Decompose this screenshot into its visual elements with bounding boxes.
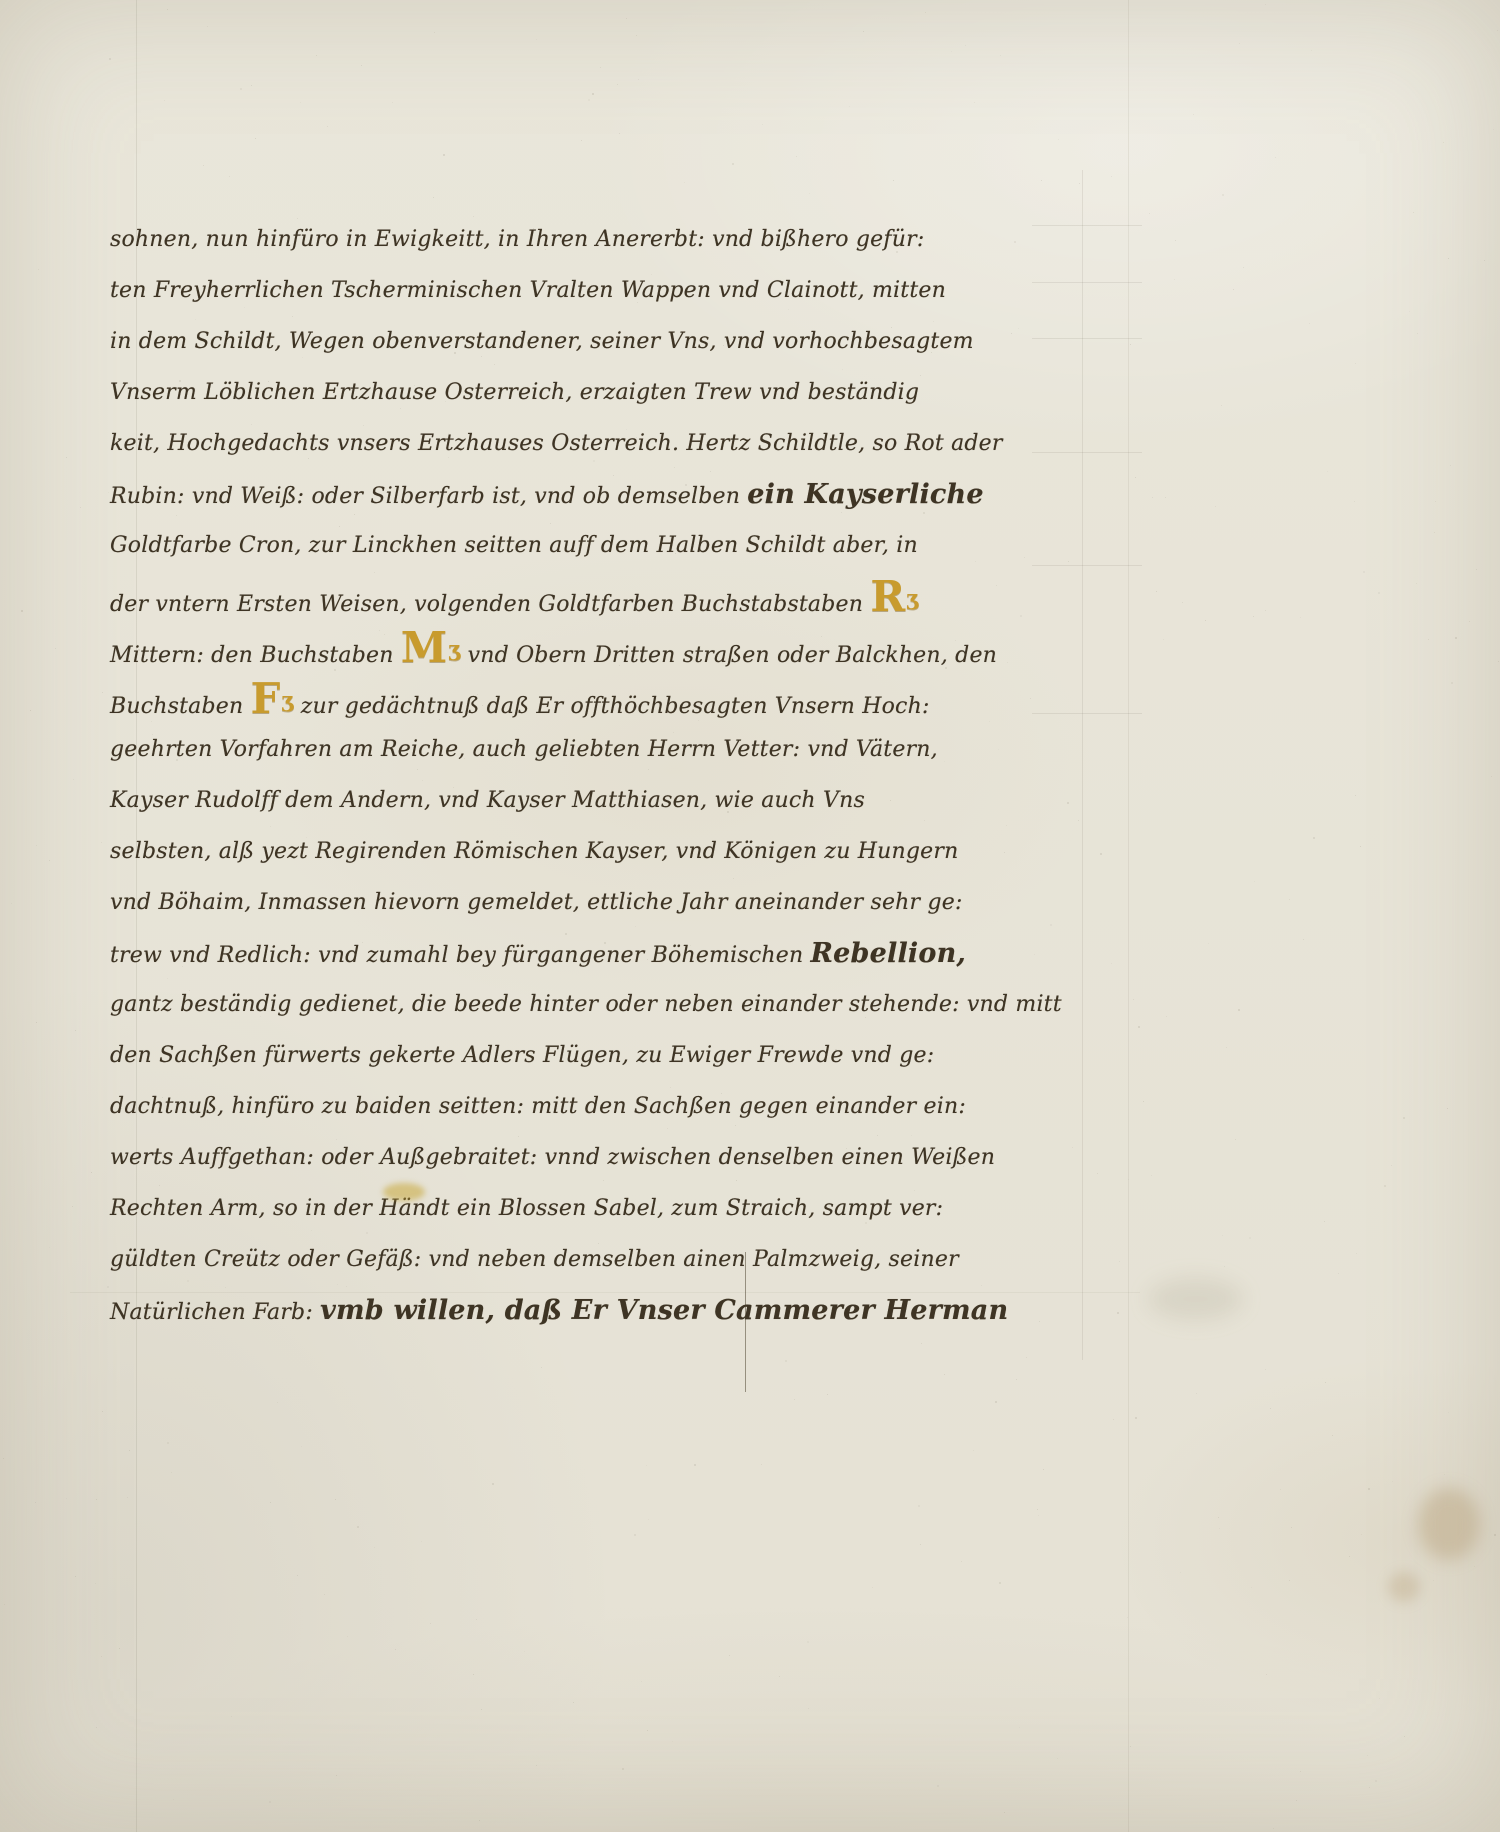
parchment-speck [1493,129,1494,130]
parchment-speck [1219,1528,1220,1529]
manuscript-line: den Sachßen fürwerts gekerte Adlers Flüg… [110,1030,1085,1081]
manuscript-text-segment: vmb willen, daß Er Vnser Cammerer Herman [320,1295,1008,1326]
parchment-speck [1205,620,1206,621]
manuscript-text-segment: in dem Schildt, Wegen obenverstandener, … [110,329,974,354]
parchment-speck [1215,506,1216,507]
parchment-speck [961,1161,962,1162]
parchment-speck [91,1172,92,1173]
parchment-speck [270,1502,271,1503]
parchment-speck [974,102,975,103]
parchment-speck [863,31,864,32]
parchment-speck [613,475,614,476]
parchment-speck [1300,617,1301,618]
parchment-speck [667,1128,668,1129]
parchment-speck [1300,1771,1301,1772]
parchment-speck [1127,1617,1128,1618]
parchment-speck [732,163,734,165]
parchment-speck [1451,682,1453,684]
parchment-speck [647,1730,648,1731]
parchment-speck [477,694,478,695]
parchment-speck [593,460,595,462]
parchment-speck [1384,1185,1386,1187]
parchment-speck [592,93,594,95]
parchment-speck [289,241,290,242]
parchment-speck [1253,616,1254,617]
parchment-speck [914,1190,915,1191]
parchment-speck [80,507,81,508]
parchment-speck [109,58,111,60]
parchment-speck [167,978,168,979]
parchment-speck [306,837,307,838]
parchment-speck [1239,43,1240,44]
parchment-speck [473,1674,474,1675]
parchment-speck [478,296,479,297]
parchment-speck [1119,1261,1120,1262]
parchment-speck [518,1136,519,1137]
parchment-speck [1208,943,1209,944]
parchment-speck [1156,591,1157,592]
parchment-speck [1375,1780,1377,1782]
parchment-speck [921,1343,922,1344]
parchment-speck [73,779,74,780]
parchment-speck [865,1017,866,1018]
parchment-speck [229,176,230,177]
parchment-speck [588,99,590,101]
parchment-speck [297,1575,298,1576]
parchment-speck [164,100,165,101]
parchment-speck [1265,1369,1266,1370]
parchment-speck [301,1446,302,1447]
manuscript-line: Rechten Arm, so in der Händt ein Blossen… [110,1183,1085,1234]
parchment-speck [324,1594,325,1595]
parchment-speck [1019,1727,1020,1728]
parchment-speck [366,1232,368,1234]
parchment-speck [1249,1237,1251,1239]
parchment-speck [1097,1173,1098,1174]
parchment-speck [1163,639,1164,640]
parchment-speck [524,1651,525,1652]
parchment-speck [893,180,894,181]
parchment-speck [336,1775,337,1776]
parchment-speck [865,1222,867,1224]
ruling-line-vertical-right-outer [1128,0,1129,1832]
parchment-speck [430,1623,431,1624]
parchment-speck [101,842,102,843]
parchment-speck [1235,1139,1236,1140]
parchment-speck [1128,1179,1129,1180]
manuscript-line: Rubin: vnd Weiß: oder Silberfarb ist, vn… [110,469,1085,520]
parchment-speck [400,408,401,409]
parchment-speck [1497,30,1498,31]
parchment-speck [931,352,932,353]
parchment-speck [347,1636,348,1637]
parchment-speck [1143,1101,1144,1102]
parchment-speck [1356,1253,1357,1254]
parchment-speck [1182,602,1183,603]
parchment-speck [512,658,513,659]
parchment-speck [49,860,50,861]
stain-brown-large [1418,1488,1480,1560]
stain-gray-smudge [1148,1278,1243,1320]
parchment-speck [1224,1266,1225,1267]
parchment-speck [392,102,393,103]
parchment-speck [1367,1755,1368,1756]
parchment-speck [1034,954,1035,955]
parchment-speck [1494,1534,1496,1536]
parchment-speck [167,9,168,10]
parchment-speck [1020,615,1022,617]
manuscript-text-segment: Natürlichen Farb: [110,1300,320,1325]
manuscript-line: gantz beständig gedienet, die beede hint… [110,979,1085,1030]
parchment-speck [1413,212,1414,213]
parchment-speck [482,705,483,706]
parchment-speck [641,1681,642,1682]
parchment-speck [1041,180,1042,181]
parchment-speck [311,1230,312,1231]
parchment-speck [1113,1419,1114,1420]
parchment-speck [55,648,56,649]
parchment-speck [690,945,691,946]
parchment-speck [965,45,966,46]
parchment-speck [443,154,445,156]
parchment-speck [1130,1746,1131,1747]
parchment-speck [1448,258,1449,259]
parchment-speck [195,319,196,320]
parchment-speck [152,734,153,735]
parchment-speck [762,124,763,125]
parchment-speck [998,749,999,750]
parchment-speck [11,903,12,904]
parchment-speck [1409,311,1410,312]
parchment-speck [636,35,637,36]
parchment-speck [651,274,652,275]
parchment-speck [1030,698,1031,699]
parchment-speck [268,381,269,382]
parchment-speck [384,634,385,635]
parchment-speck [433,197,434,198]
parchment-speck [598,1243,599,1244]
parchment-speck [637,302,638,303]
parchment-speck [685,484,687,486]
parchment-speck [1324,1221,1325,1222]
parchment-speck [995,1401,997,1403]
parchment-speck [354,514,355,515]
parchment-speck [492,1483,494,1485]
parchment-speck [955,640,956,641]
parchment-speck [494,364,495,365]
parchment-speck [102,692,103,693]
parchment-speck [101,1656,102,1657]
parchment-speck [1007,662,1008,663]
parchment-speck [736,1180,737,1181]
parchment-speck [1417,333,1418,334]
manuscript-line: Natürlichen Farb: vmb willen, daß Er Vns… [110,1285,1085,1336]
parchment-speck [108,492,109,493]
parchment-speck [426,999,427,1000]
manuscript-line: keit, Hochgedachts vnsers Ertzhauses Ost… [110,418,1085,469]
parchment-speck [1296,1800,1297,1801]
parchment-speck [1166,1016,1167,1017]
parchment-speck [394,1253,395,1254]
gold-abbreviation-mark: ʒ [448,636,460,661]
parchment-speck [779,1676,780,1677]
parchment-speck [4,1604,5,1605]
manuscript-text-segment: gantz beständig gedienet, die beede hint… [110,992,1062,1017]
parchment-speck [1404,1736,1405,1737]
parchment-speck [944,761,945,762]
parchment-speck [335,1499,336,1500]
manuscript-line: werts Auffgethan: oder Außgebraitet: vnn… [110,1132,1085,1183]
manuscript-text-block: sohnen, nun hinfüro in Ewigkeitt, in Ihr… [110,214,1085,1336]
parchment-speck [327,801,328,802]
parchment-speck [626,429,627,430]
parchment-speck [1369,1787,1370,1788]
parchment-speck [918,1505,920,1507]
parchment-speck [251,85,252,86]
parchment-speck [1221,405,1222,406]
parchment-speck [379,630,380,631]
parchment-speck [362,942,363,943]
parchment-speck [890,800,891,801]
parchment-speck [1180,1572,1181,1573]
parchment-speck [619,133,620,134]
parchment-speck [1078,820,1079,821]
parchment-speck [1218,1517,1219,1518]
parchment-speck [636,437,637,438]
parchment-speck [411,703,412,704]
parchment-speck [448,433,449,434]
gold-abbreviation-mark: ʒ [281,687,293,712]
parchment-speck [1434,532,1435,533]
parchment-speck [1491,776,1492,777]
parchment-speck [1175,240,1176,241]
parchment-speck [231,1716,232,1717]
parchment-speck [945,667,947,669]
parchment-speck [138,649,140,651]
parchment-speck [635,926,636,927]
parchment-speck [167,1442,169,1444]
parchment-speck [893,228,894,229]
parchment-speck [1428,639,1429,640]
parchment-speck [960,1163,961,1164]
parchment-speck [1058,139,1059,140]
parchment-speck [1265,4,1266,5]
manuscript-line: sohnen, nun hinfüro in Ewigkeitt, in Ihr… [110,214,1085,265]
parchment-speck [1363,571,1365,573]
manuscript-line: güldten Creütz oder Gefäß: vnd neben dem… [110,1234,1085,1285]
parchment-speck [121,1108,122,1109]
parchment-speck [346,1286,347,1287]
manuscript-text-segment: Vnserm Löblichen Ertzhause Osterreich, e… [110,380,919,405]
parchment-speck [975,561,976,562]
parchment-speck [835,1049,837,1051]
manuscript-line: selbsten, alß yezt Regirenden Römischen … [110,826,1085,877]
parchment-speck [674,467,675,468]
parchment-speck [414,385,415,386]
parchment-speck [300,951,302,953]
parchment-speck [102,1411,103,1412]
parchment-speck [761,1464,762,1465]
parchment-speck [1193,114,1194,115]
parchment-speck [1111,963,1112,964]
parchment-speck [1270,1408,1271,1409]
parchment-speck [891,327,892,328]
parchment-speck [432,1003,433,1004]
parchment-speck [796,156,797,157]
parchment-speck [1072,1147,1073,1148]
parchment-speck [619,665,620,666]
parchment-speck [264,440,265,441]
parchment-speck [647,959,648,960]
manuscript-page: sohnen, nun hinfüro in Ewigkeitt, in Ihr… [0,0,1500,1832]
parchment-speck [454,352,456,354]
parchment-speck [1368,1488,1370,1490]
parchment-speck [277,659,279,661]
parchment-speck [911,1135,912,1136]
parchment-speck [96,1727,97,1728]
parchment-speck [684,182,685,183]
parchment-speck [464,758,465,759]
stain-brown-small [1388,1572,1420,1602]
manuscript-text-segment: selbsten, alß yezt Regirenden Römischen … [110,839,958,864]
parchment-speck [581,140,582,141]
parchment-speck [1280,1489,1281,1490]
manuscript-line: Vnserm Löblichen Ertzhause Osterreich, e… [110,367,1085,418]
gold-abbreviation-mark: ʒ [906,585,918,610]
parchment-speck [1067,802,1069,804]
parchment-speck [1174,279,1175,280]
parchment-speck [35,1502,36,1503]
parchment-speck [159,1185,160,1186]
manuscript-text-segment: werts Auffgethan: oder Außgebraitet: vnn… [110,1145,995,1170]
parchment-speck [1355,363,1356,364]
parchment-speck [973,1450,974,1451]
parchment-speck [565,933,567,935]
parchment-speck [327,126,328,127]
parchment-speck [536,1765,537,1766]
parchment-speck [1133,999,1134,1000]
parchment-speck [727,811,729,813]
parchment-speck [944,1374,945,1375]
parchment-speck [171,1472,172,1473]
manuscript-line: geehrten Vorfahren am Reiche, auch gelie… [110,724,1085,775]
parchment-speck [841,512,842,513]
parchment-speck [416,803,417,804]
parchment-speck [675,553,676,554]
parchment-speck [127,1497,128,1498]
parchment-speck [568,244,569,245]
stain-yellow-wax [383,1183,425,1201]
parchment-speck [412,335,413,336]
parchment-speck [920,1544,921,1545]
parchment-speck [1135,1417,1137,1419]
parchment-speck [794,1399,795,1400]
parchment-speck [1443,142,1444,143]
parchment-speck [1265,610,1266,611]
parchment-speck [1014,241,1016,243]
parchment-speck [1309,323,1310,324]
parchment-speck [337,1284,338,1285]
parchment-speck [937,1785,939,1787]
parchment-speck [648,1519,649,1520]
parchment-speck [1450,465,1451,466]
parchment-speck [1254,881,1255,882]
manuscript-line: vnd Böhaim, Inmassen hievorn gemeldet, e… [110,877,1085,928]
parchment-speck [300,102,301,103]
parchment-speck [600,67,601,68]
parchment-speck [573,1702,574,1703]
parchment-speck [1349,1556,1350,1557]
parchment-speck [1152,497,1153,498]
parchment-speck [479,1820,480,1821]
parchment-speck [357,1526,359,1528]
manuscript-line: dachtnuß, hinfüro zu baiden seitten: mit… [110,1081,1085,1132]
parchment-speck [735,1125,736,1126]
parchment-speck [244,307,245,308]
parchment-speck [1151,1175,1152,1176]
manuscript-text-segment: güldten Creütz oder Gefäß: vnd neben dem… [110,1247,959,1272]
parchment-speck [827,1394,828,1395]
parchment-speck [1266,1674,1267,1675]
parchment-speck [38,269,39,270]
parchment-speck [1484,260,1485,261]
parchment-speck [439,719,440,720]
parchment-speck [638,79,639,80]
parchment-speck [207,26,208,27]
parchment-speck [453,787,454,788]
manuscript-text-segment: ein Kayserliche [747,479,983,510]
parchment-speck [808,1708,809,1709]
parchment-speck [66,457,67,458]
parchment-speck [421,1541,422,1542]
parchment-speck [1355,795,1356,796]
parchment-speck [788,309,789,310]
parchment-speck [925,12,926,13]
parchment-speck [721,1093,722,1094]
parchment-speck [1251,1587,1252,1588]
parchment-speck [996,585,997,586]
parchment-speck [308,458,309,459]
parchment-speck [1435,501,1436,502]
parchment-speck [981,1285,982,1286]
parchment-speck [1233,289,1234,290]
parchment-speck [209,539,210,540]
parchment-speck [481,1709,482,1710]
parchment-speck [1354,501,1355,502]
parchment-speck [896,251,898,253]
parchment-speck [723,345,724,346]
manuscript-text-segment: der vntern Ersten Weisen, volgenden Gold… [110,592,870,617]
parchment-speck [374,1547,375,1548]
parchment-speck [36,845,37,846]
parchment-speck [176,795,177,796]
manuscript-line: Kayser Rudolff dem Andern, vnd Kayser Ma… [110,775,1085,826]
parchment-speck [648,769,649,770]
parchment-speck [1313,837,1315,839]
parchment-speck [1222,1235,1223,1236]
parchment-speck [339,526,340,527]
parchment-speck [75,1576,76,1577]
parchment-speck [251,748,253,750]
parchment-speck [1226,1047,1227,1048]
parchment-speck [448,457,449,458]
parchment-speck [1011,333,1012,334]
parchment-speck [1243,267,1244,268]
ink-flourish-descender [745,1252,746,1392]
manuscript-text-segment: Kayser Rudolff dem Andern, vnd Kayser Ma… [110,788,865,813]
parchment-speck [1273,1828,1274,1829]
parchment-speck [810,530,811,531]
